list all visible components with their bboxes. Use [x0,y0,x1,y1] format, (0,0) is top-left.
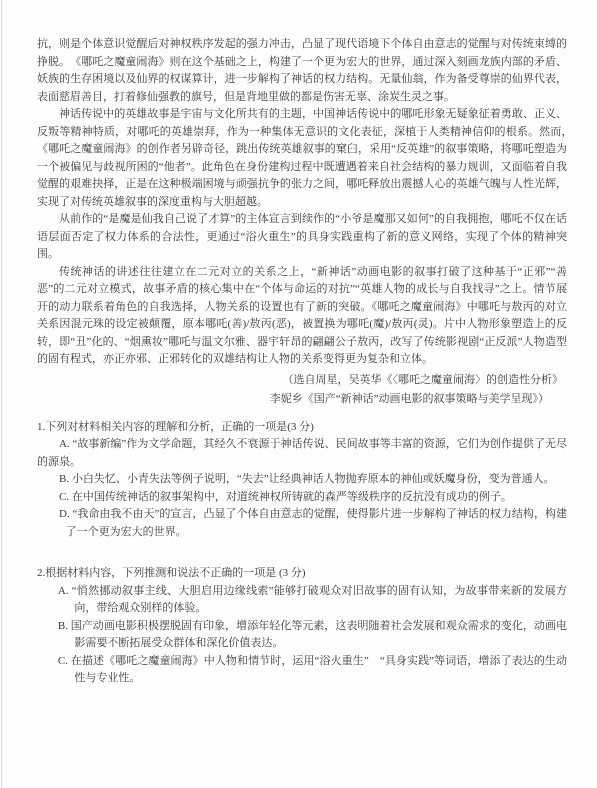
question-2: 2.根据材料内容，下列推测和说法不正确的一项是 (3 分) A. “悄然挪动叙事… [37,565,567,688]
question-2-option-b: B. 国产动画电影积极摆脱固有印象，增添年轻化等元素，这表明随着社会发展和观众需… [37,618,567,653]
question-1-option-d: D. “我命由我不由天”的宣言，凸显了个体自由意志的觉醒，使得影片进一步解构了神… [37,506,567,541]
question-1-option-a: A. “故事新编”作为文学命题，其经久不衰源于神话传说、民间故事等丰富的资源，它… [37,436,567,471]
scan-edge-line [1,0,2,788]
question-2-stem: 2.根据材料内容，下列推测和说法不正确的一项是 (3 分) [37,565,567,583]
question-1-stem: 1.下列对材料相关内容的理解和分析，正确的一项是(3 分) [37,419,567,437]
question-1-option-b: B. 小白失忆、小青失法等例子说明，“失去”让经典神话人物抛弃原本的神仙或妖魔身… [37,471,567,489]
paragraph-continuation: 抗，则是个体意识觉醒后对神权秩序发起的强力冲击，凸显了现代语境下个体自由意志的觉… [37,36,567,106]
paragraph-declaration: 从前作的“是魔是仙我自己说了才算”的主体宣言到续作的“小爷是魔那又如何”的自我拥… [37,211,567,264]
attribution-source-line-2: 李妮乡《国产“新神话”动画电影的叙事策略与美学呈现》） [37,390,567,409]
question-2-option-c: C. 在描述《哪吒之魔童闹海》中人物和情节时，运用“浴火重生” “具身实践”等词… [37,653,567,688]
attribution-source-line-1: （选自周星，吴英华《〈哪吒之魔童闹海〉的创造性分析》 [37,371,567,390]
paragraph-binary-opposition: 传统神话的讲述往往建立在二元对立的关系之上，“新神话”动画电影的叙事打破了这种基… [37,264,567,369]
question-1-option-c: C. 在中国传统神话的叙事架构中，对道统神权所铸就的森严等级秩序的反抗没有成功的… [37,489,567,507]
exam-document-page: 抗，则是个体意识觉醒后对神权秩序发起的强力冲击，凸显了现代语境下个体自由意志的觉… [0,0,597,788]
question-2-option-a: A. “悄然挪动叙事主线、大胆启用边缘线索”能够打破观众对旧故事的固有认知，为故… [37,583,567,618]
question-1: 1.下列对材料相关内容的理解和分析，正确的一项是(3 分) A. “故事新编”作… [37,419,567,542]
paragraph-hero-myth: 神话传说中的英雄故事是宇宙与文化所共有的主题，中国神话传说中的哪吒形象无疑象征着… [37,106,567,211]
